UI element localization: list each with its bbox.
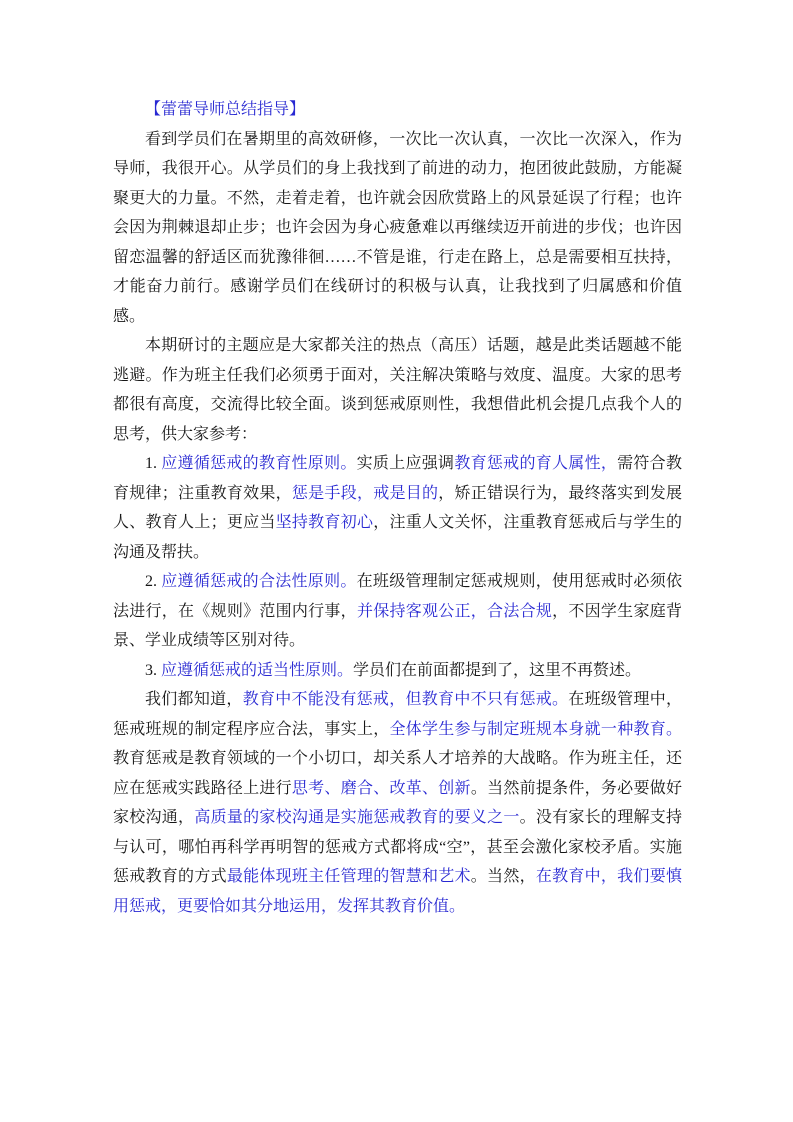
- text-run: 1.: [145, 455, 161, 472]
- text-run: 3.: [145, 662, 161, 679]
- text-run: 应遵循惩戒的教育性原则。: [161, 455, 356, 472]
- text-run: 。当然，: [471, 868, 536, 885]
- text-run: 坚持教育初心: [276, 514, 374, 531]
- text-run: 实质上应强调: [357, 455, 455, 472]
- paragraph: 本期研讨的主题应是大家都关注的热点（高压）话题，越是此类话题越不能逃避。作为班主…: [113, 331, 682, 449]
- text-run: 教育中不能没有惩戒，但教育中不只有惩戒。: [243, 691, 569, 708]
- document-page: 【蕾蕾导师总结指导】 看到学员们在暑期里的高效研修，一次比一次认真，一次比一次深…: [0, 0, 793, 1122]
- text-run: 最能体现班主任管理的智慧和艺术: [227, 868, 471, 885]
- paragraph: 2. 应遵循惩戒的合法性原则。在班级管理制定惩戒规则，使用惩戒时必须依法进行，在…: [113, 567, 682, 656]
- text-run: 应遵循惩戒的适当性原则。: [161, 662, 353, 679]
- text-run: 2.: [145, 573, 161, 590]
- text-run: 思考、磨合、改革、创新: [292, 780, 471, 797]
- paragraph: 1. 应遵循惩戒的教育性原则。实质上应强调教育惩戒的育人属性，需符合教育规律；注…: [113, 449, 682, 567]
- text-run: 高质量的家校沟通是实施惩戒教育的要义之一: [194, 809, 519, 826]
- text-run: 惩是手段，戒是目的: [292, 485, 438, 502]
- paragraph: 看到学员们在暑期里的高效研修，一次比一次认真，一次比一次深入，作为导师，我很开心…: [113, 125, 682, 332]
- text-run: 我们都知道，: [145, 691, 243, 708]
- text-run: 看到学员们在暑期里的高效研修，一次比一次认真，一次比一次深入，作为导师，我很开心…: [113, 131, 682, 325]
- paragraph: 我们都知道，教育中不能没有惩戒，但教育中不只有惩戒。在班级管理中，惩戒班规的制定…: [113, 685, 682, 921]
- text-run: 应遵循惩戒的合法性原则。: [161, 573, 356, 590]
- text-run: 教育惩戒的育人属性，: [454, 455, 617, 472]
- text-run: 学员们在前面都提到了，这里不再赘述。: [353, 662, 641, 679]
- text-run: 并保持客观公正，合法合规: [357, 603, 552, 620]
- text-run: 本期研讨的主题应是大家都关注的热点（高压）话题，越是此类话题越不能逃避。作为班主…: [113, 337, 682, 443]
- document-title: 【蕾蕾导师总结指导】: [113, 95, 682, 125]
- text-run: 全体学生参与制定班规本身就一种教育。: [390, 721, 683, 738]
- document-body: 看到学员们在暑期里的高效研修，一次比一次认真，一次比一次深入，作为导师，我很开心…: [113, 125, 682, 922]
- paragraph: 3. 应遵循惩戒的适当性原则。学员们在前面都提到了，这里不再赘述。: [113, 656, 682, 686]
